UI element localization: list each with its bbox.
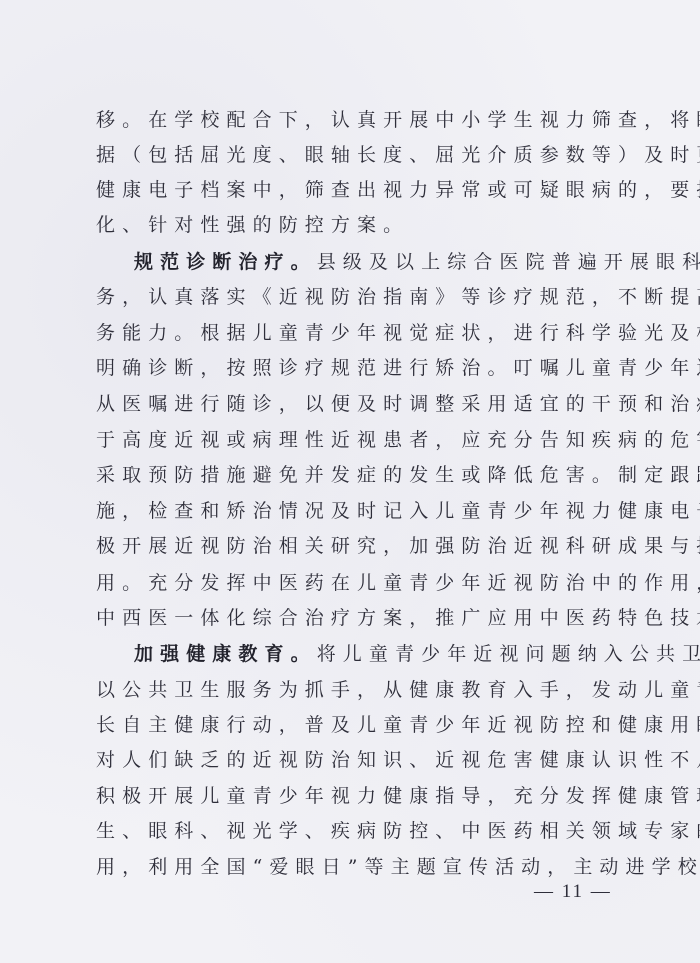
text-line: 从医嘱进行随诊，以便及时调整采用适宜的干预和治疗措施。对 [96, 391, 594, 417]
page-number: — 11 — [534, 879, 612, 905]
text-line: 中西医一体化综合治疗方案，推广应用中医药特色技术和方法。 [96, 605, 594, 631]
text-line: 以公共卫生服务为抓手，从健康教育入手，发动儿童青少年和家 [96, 677, 594, 703]
paragraph-first-line: 规范诊断治疗。县级及以上综合医院普遍开展眼科医疗服 [134, 249, 594, 275]
text-run: 将儿童青少年近视问题纳入公共卫生管理。 [317, 643, 700, 665]
text-line: 长自主健康行动，普及儿童青少年近视防控和健康用眼知识。针 [96, 712, 594, 738]
text-line: 用，利用全国“爱眼日”等主题宣传活动，主动进学校、进社 [96, 854, 594, 880]
text-line: 于高度近视或病理性近视患者，应充分告知疾病的危害，提醒其 [96, 427, 594, 453]
text-line: 健康电子档案中，筛查出视力异常或可疑眼病的，要提供个性 [96, 177, 594, 203]
text-line: 化、针对性强的防控方案。 [96, 212, 594, 238]
text-line: 据（包括屈光度、眼轴长度、屈光介质参数等）及时更新到视力 [96, 142, 594, 168]
text-line: 务，认真落实《近视防治指南》等诊疗规范，不断提高眼健康服 [96, 284, 594, 310]
text-line: 生、眼科、视光学、疾病防控、中医药相关领域专家的指导作 [96, 818, 594, 844]
text-run: 县级及以上综合医院普遍开展眼科医疗服 [317, 251, 700, 273]
document-page: 移。在学校配合下，认真开展中小学生视力筛查，将眼部健康数 据（包括屈光度、眼轴长… [0, 0, 700, 963]
paragraph-first-line: 加强健康教育。将儿童青少年近视问题纳入公共卫生管理。 [134, 641, 594, 667]
text-line: 施，检查和矫治情况及时记入儿童青少年视力健康电子档案。积 [96, 498, 594, 524]
text-line: 明确诊断，按照诊疗规范进行矫治。叮嘱儿童青少年近视患者遵 [96, 355, 594, 381]
section-heading-diagnosis: 规范诊断治疗。 [134, 251, 317, 273]
text-line: 极开展近视防治相关研究，加强防治近视科研成果与技术的应 [96, 533, 594, 559]
text-line: 务能力。根据儿童青少年视觉症状，进行科学验光及相关检查， [96, 320, 594, 346]
text-line: 采取预防措施避免并发症的发生或降低危害。制定跟踪干预措 [96, 462, 594, 488]
text-line: 用。充分发挥中医药在儿童青少年近视防治中的作用，制定实施 [96, 570, 594, 596]
text-line: 对人们缺乏的近视防治知识、近视危害健康认识性不足等问题， [96, 747, 594, 773]
text-line: 积极开展儿童青少年视力健康指导，充分发挥健康管理、公共卫 [96, 783, 594, 809]
text-line: 移。在学校配合下，认真开展中小学生视力筛查，将眼部健康数 [96, 107, 594, 133]
section-heading-health-education: 加强健康教育。 [134, 643, 317, 665]
